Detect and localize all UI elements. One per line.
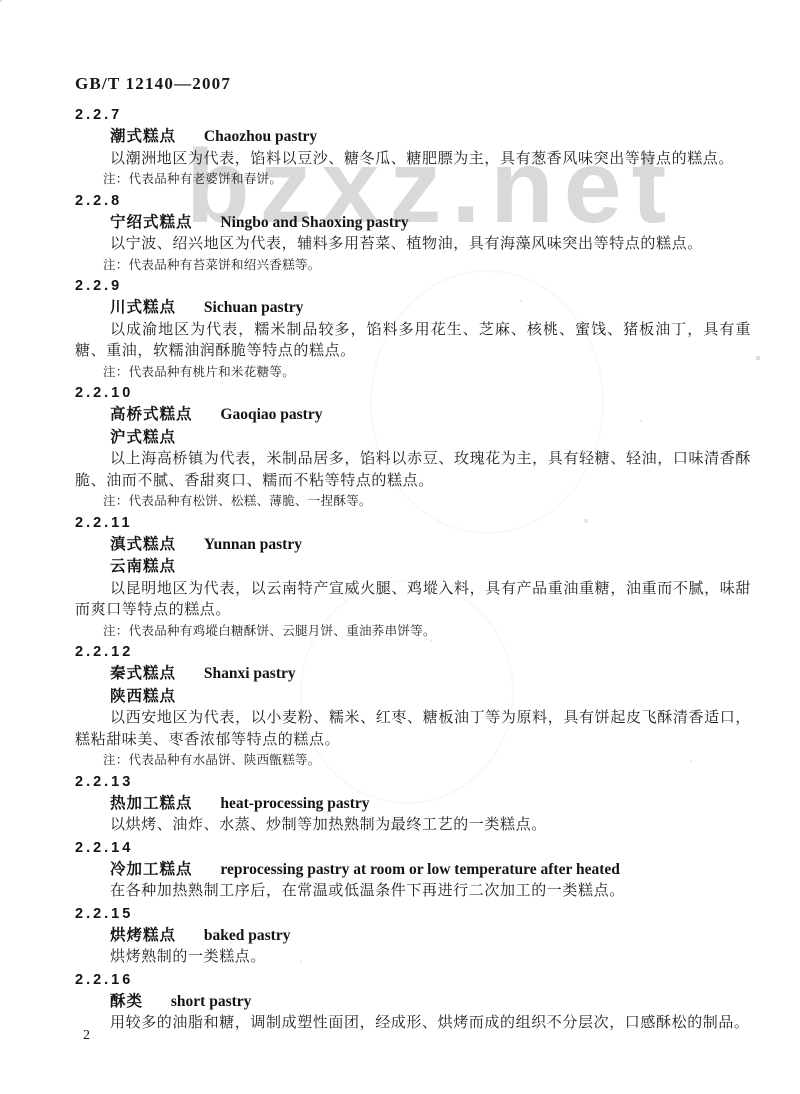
term-entry: 2.2.13 热加工糕点 heat-processing pastry 以烘烤、…: [75, 772, 751, 837]
section-number: 2.2.10: [75, 383, 751, 404]
terms-content: 2.2.7 潮式糕点 Chaozhou pastry 以潮洲地区为代表，馅料以豆…: [75, 105, 751, 1036]
term-note: 注：代表品种有桃片和米花糖等。: [75, 363, 751, 383]
term-definition: 用较多的油脂和糖，调制成塑性面团，经成形、烘烤而成的组织不分层次，口感酥松的制品…: [75, 1013, 751, 1035]
term-chinese: 烘烤糕点: [110, 927, 176, 944]
term-english: baked pastry: [204, 927, 291, 944]
section-number: 2.2.7: [75, 105, 751, 126]
term-line: 滇式糕点 Yunnan pastry: [75, 534, 751, 557]
term-english: heat-processing pastry: [220, 795, 369, 812]
term-definition: 烘烤熟制的一类糕点。: [75, 947, 751, 969]
section-number: 2.2.12: [75, 642, 751, 663]
term-definition: 以潮洲地区为代表，馅料以豆沙、糖冬瓜、糖肥膘为主，具有葱香风味突出等特点的糕点。: [75, 149, 751, 171]
term-definition: 以昆明地区为代表，以云南特产宣威火腿、鸡㙡入料，具有产品重油重糖，油重而不腻，味…: [75, 579, 751, 622]
section-number: 2.2.15: [75, 904, 751, 925]
term-definition: 以烘烤、油炸、水蒸、炒制等加热熟制为最终工艺的一类糕点。: [75, 815, 751, 837]
term-chinese: 滇式糕点: [110, 536, 176, 553]
term-line: 川式糕点 Sichuan pastry: [75, 297, 751, 320]
section-number: 2.2.9: [75, 276, 751, 297]
term-definition: 以成渝地区为代表，糯米制品较多，馅料多用花生、芝麻、核桃、蜜饯、猪板油丁，具有重…: [75, 320, 751, 363]
term-entry: 2.2.8 宁绍式糕点 Ningbo and Shaoxing pastry 以…: [75, 191, 751, 276]
term-chinese: 秦式糕点: [110, 665, 176, 682]
section-number: 2.2.16: [75, 970, 751, 991]
standard-code-header: GB/T 12140—2007: [75, 74, 231, 94]
term-entry: 2.2.14 冷加工糕点 reprocessing pastry at room…: [75, 838, 751, 903]
scan-noise-speckles: [0, 0, 2, 2]
term-synonym: 陕西糕点: [75, 686, 751, 709]
term-synonym: 沪式糕点: [75, 427, 751, 450]
term-line: 酥类 short pastry: [75, 991, 751, 1014]
term-english: Yunnan pastry: [204, 536, 302, 553]
term-chinese: 酥类: [110, 993, 143, 1010]
term-english: Ningbo and Shaoxing pastry: [220, 214, 408, 231]
term-chinese: 宁绍式糕点: [110, 214, 193, 231]
section-number: 2.2.11: [75, 513, 751, 534]
term-line: 高桥式糕点 Gaoqiao pastry: [75, 404, 751, 427]
term-entry: 2.2.15 烘烤糕点 baked pastry 烘烤熟制的一类糕点。: [75, 904, 751, 969]
page-number: 2: [83, 1028, 90, 1044]
term-entry: 2.2.7 潮式糕点 Chaozhou pastry 以潮洲地区为代表，馅料以豆…: [75, 105, 751, 190]
term-definition: 以西安地区为代表，以小麦粉、糯米、红枣、糖板油丁等为原料，具有饼起皮飞酥清香适口…: [75, 708, 751, 751]
section-number: 2.2.13: [75, 772, 751, 793]
term-chinese: 川式糕点: [110, 299, 176, 316]
term-definition: 在各种加热熟制工序后，在常温或低温条件下再进行二次加工的一类糕点。: [75, 881, 751, 903]
term-line: 秦式糕点 Shanxi pastry: [75, 663, 751, 686]
term-chinese: 高桥式糕点: [110, 406, 193, 423]
term-chinese: 热加工糕点: [110, 795, 193, 812]
term-line: 潮式糕点 Chaozhou pastry: [75, 126, 751, 149]
document-page: bzxz.net GB/T 12140—2007 2.2.7 潮式糕点 Chao…: [0, 0, 800, 1094]
term-entry: 2.2.10 高桥式糕点 Gaoqiao pastry 沪式糕点 以上海高桥镇为…: [75, 383, 751, 512]
term-english: Chaozhou pastry: [204, 128, 317, 145]
term-synonym: 云南糕点: [75, 556, 751, 579]
term-chinese: 潮式糕点: [110, 128, 176, 145]
term-note: 注：代表品种有老婆饼和春饼。: [75, 170, 751, 190]
term-entry: 2.2.12 秦式糕点 Shanxi pastry 陕西糕点 以西安地区为代表，…: [75, 642, 751, 771]
term-english: Sichuan pastry: [204, 299, 304, 316]
term-english: short pastry: [171, 993, 252, 1010]
term-note: 注：代表品种有松饼、松糕、薄脆、一捏酥等。: [75, 492, 751, 512]
term-chinese: 冷加工糕点: [110, 861, 193, 878]
term-line: 宁绍式糕点 Ningbo and Shaoxing pastry: [75, 212, 751, 235]
term-line: 热加工糕点 heat-processing pastry: [75, 793, 751, 816]
section-number: 2.2.14: [75, 838, 751, 859]
term-entry: 2.2.11 滇式糕点 Yunnan pastry 云南糕点 以昆明地区为代表，…: [75, 513, 751, 642]
term-entry: 2.2.16 酥类 short pastry 用较多的油脂和糖，调制成塑性面团，…: [75, 970, 751, 1035]
term-entry: 2.2.9 川式糕点 Sichuan pastry 以成渝地区为代表，糯米制品较…: [75, 276, 751, 382]
term-note: 注：代表品种有鸡㙡白糖酥饼、云腿月饼、重油荞串饼等。: [75, 622, 751, 642]
section-number: 2.2.8: [75, 191, 751, 212]
term-definition: 以上海高桥镇为代表，米制品居多，馅料以赤豆、玫瑰花为主，具有轻糖、轻油，口味清香…: [75, 449, 751, 492]
term-line: 冷加工糕点 reprocessing pastry at room or low…: [75, 859, 751, 882]
term-definition: 以宁波、绍兴地区为代表，辅料多用苔菜、植物油，具有海藻风味突出等特点的糕点。: [75, 234, 751, 256]
term-note: 注：代表品种有苔菜饼和绍兴香糕等。: [75, 256, 751, 276]
term-english: Shanxi pastry: [204, 665, 296, 682]
term-note: 注：代表品种有水晶饼、陕西甑糕等。: [75, 751, 751, 771]
term-line: 烘烤糕点 baked pastry: [75, 925, 751, 948]
term-english: Gaoqiao pastry: [220, 406, 322, 423]
term-english: reprocessing pastry at room or low tempe…: [220, 861, 619, 878]
